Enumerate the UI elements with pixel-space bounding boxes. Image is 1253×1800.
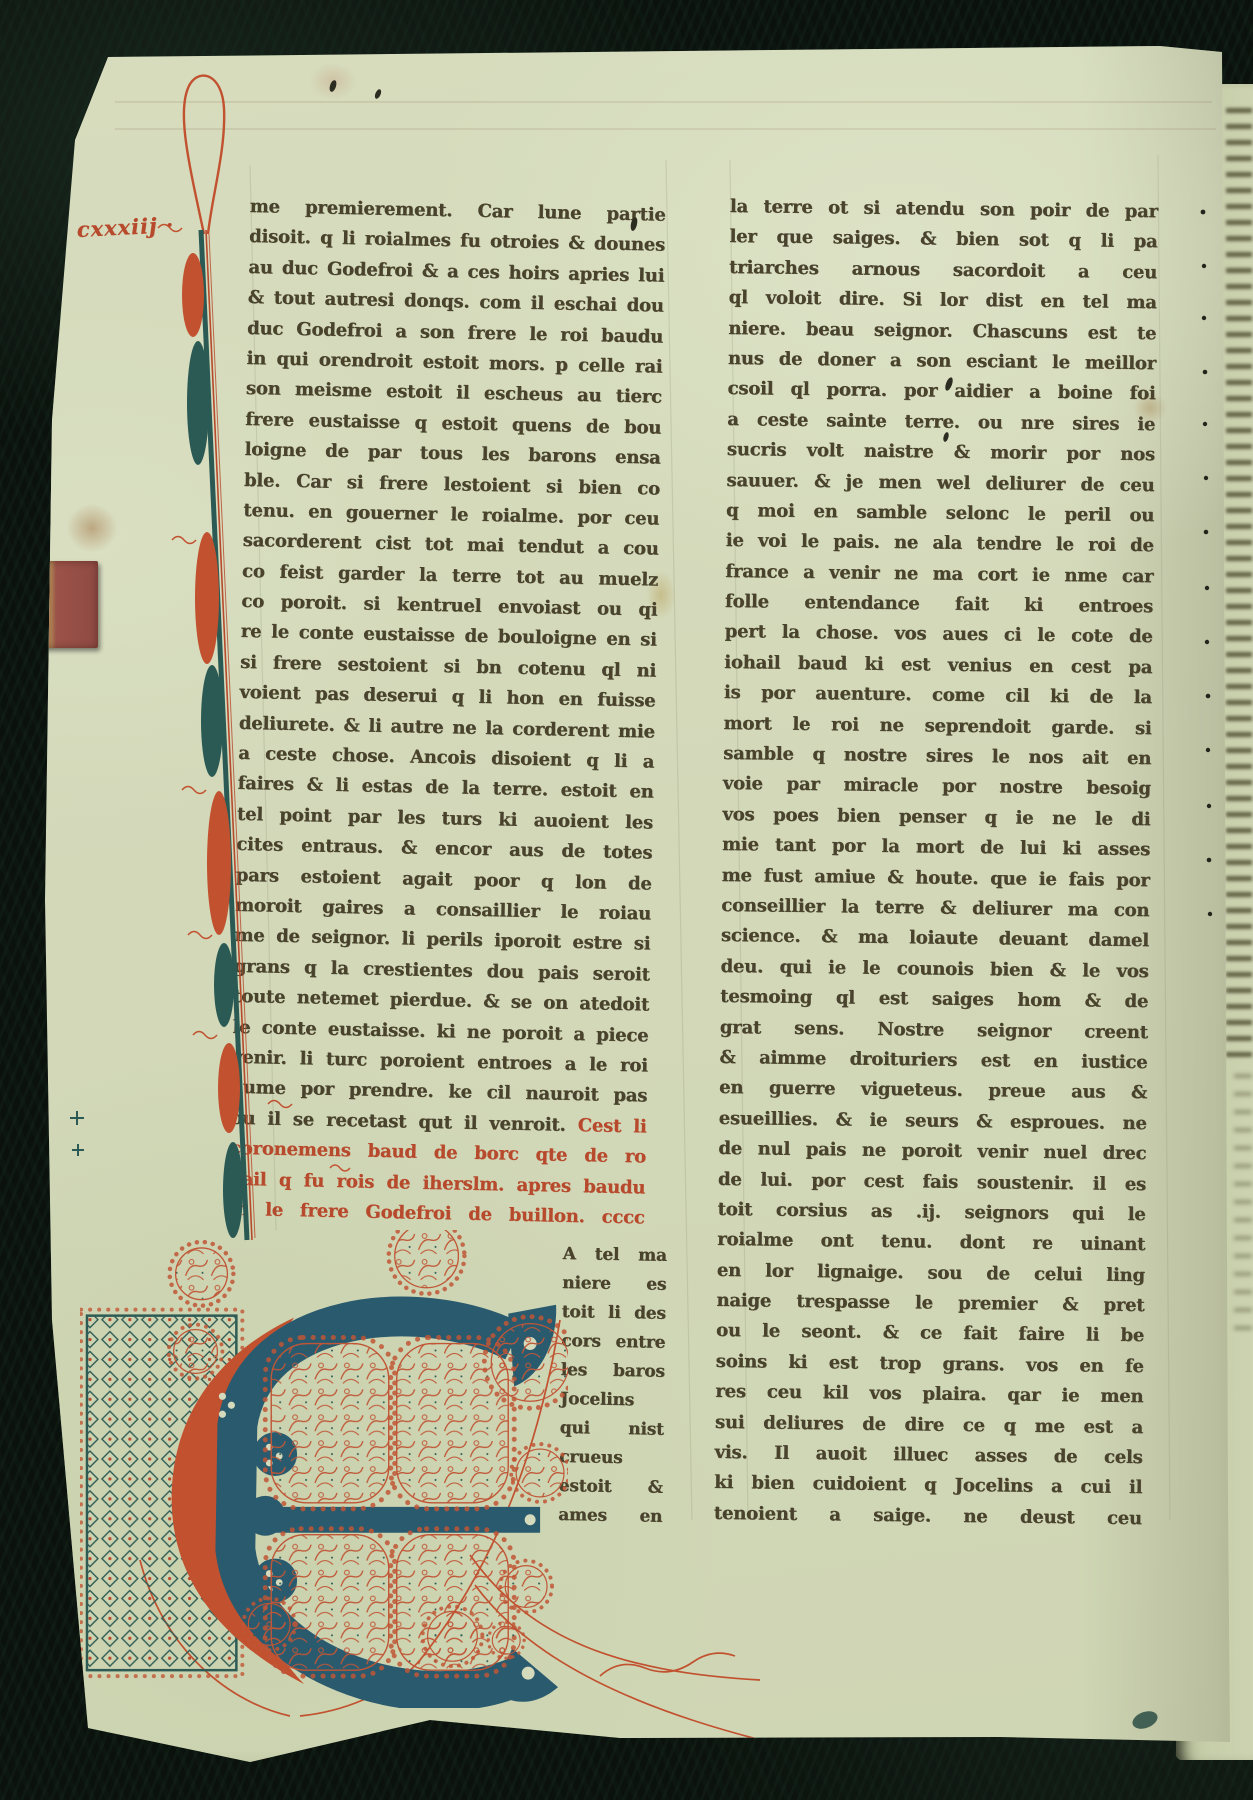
text-span: ou il se recetast qut il venroit. — [230, 1108, 578, 1136]
fore-edge-showthrough-text — [1226, 108, 1252, 1058]
rubric-span: Cest li — [577, 1115, 646, 1137]
folio-number: · cxxxiij · — [59, 210, 210, 243]
text-line: is por auenture. come cil ki de la — [724, 678, 1152, 714]
text-line: cors entre — [561, 1327, 665, 1358]
text-line: estoit & — [558, 1472, 662, 1503]
text-line: toit li des — [561, 1298, 665, 1329]
text-column-right: la terre ot si atendu son poir de parler… — [714, 192, 1158, 1534]
text-line: en guerre vigueteus. preue aus & — [719, 1073, 1147, 1109]
text-line: ler que saiges. & bien sot q li pa — [729, 222, 1157, 258]
text-line: ames en — [558, 1501, 662, 1532]
text-line: roialme ont tenu. dont re uinant — [717, 1225, 1145, 1261]
margin-cross-marks — [70, 1111, 84, 1156]
stain-spot — [56, 494, 128, 562]
text-line: science. & ma loiaute deuant damel — [721, 921, 1149, 957]
text-line: tenoient a saige. ne deust ceu — [714, 1499, 1142, 1535]
text-line: pert la chose. vos aues ci le cote de — [724, 617, 1152, 653]
text-line: de lui. por cest fais soustenir. il es — [718, 1164, 1146, 1200]
text-line: csoil ql porra. por aidier a boine foi — [727, 374, 1155, 410]
text-line: mie tant por la mort de lui ki asses — [722, 830, 1150, 866]
text-line: ou le seont. & ce fait faire li be — [716, 1316, 1144, 1352]
text-line: sucris volt naistre & morir por nos — [727, 435, 1155, 471]
pricking-holes — [1201, 210, 1213, 917]
text-column-left: me premierement. Car lune partiedisoit. … — [228, 192, 666, 1234]
text-line: niere es — [562, 1269, 666, 1300]
initial-artwork — [80, 1230, 568, 1708]
text-line: qui nist — [559, 1414, 663, 1445]
text-line: res ceu kil vos plaira. qar ie men — [715, 1377, 1143, 1413]
ink-blob — [1130, 1708, 1160, 1732]
text-line: ql voloit dire. Si lor dist en tel ma — [729, 283, 1157, 319]
manuscript-page: · cxxxiij · me premierement. Car lune pa… — [0, 0, 1253, 1800]
fore-edge-showthrough-text-lower — [1234, 1074, 1252, 1334]
text-line: ki bien cuidoient q Jocelins a cui il — [714, 1468, 1142, 1504]
text-line: les baros — [560, 1356, 664, 1387]
text-line: A tel ma — [562, 1240, 666, 1271]
illuminated-initial-E: E — [80, 1230, 568, 1708]
text-line: crueus — [559, 1443, 663, 1474]
text-column-left-wrap: A tel maniere estoit li descors entreles… — [558, 1240, 667, 1532]
manuscript-photograph: · cxxxiij · me premierement. Car lune pa… — [0, 0, 1253, 1800]
text-line: de nul pais ne poroit venir nuel drec — [718, 1134, 1146, 1170]
text-line: tesmoing ql est saiges hom & de — [720, 982, 1148, 1018]
text-line: voie par miracle por nostre besoig — [723, 769, 1151, 805]
text-line: ie voi le pais. ne ala tendre le roi de — [726, 526, 1154, 562]
text-line: Jocelins — [560, 1385, 664, 1416]
leather-tab — [28, 561, 98, 648]
stain-spot — [300, 55, 366, 107]
